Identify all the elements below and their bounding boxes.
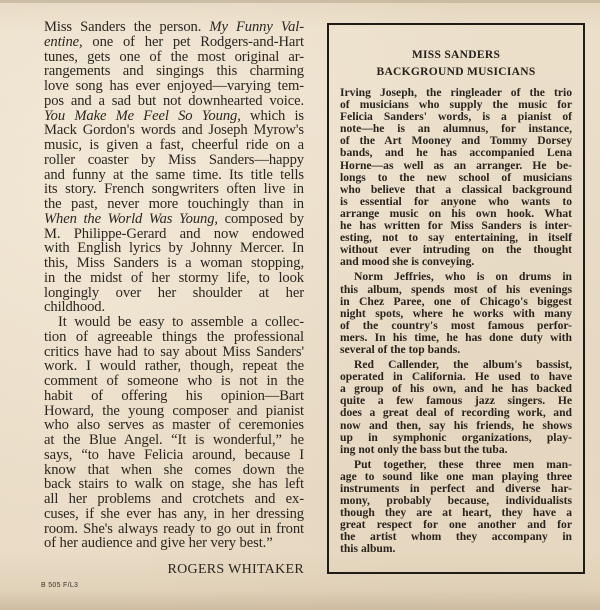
box-title-line1: MISS SANDERS [329, 49, 583, 61]
line-text: habit of offering his opinion—Bart [44, 388, 304, 404]
liner-notes-line: the past, never more touchingly than in [44, 197, 304, 212]
liner-notes-line: with English lyrics by Johnny Mercer. In [44, 241, 304, 256]
line-text: love song has ever enjoyed—varying tem- [44, 78, 304, 94]
sleeve-bottom-shade [0, 590, 600, 610]
liner-notes-line: its story. French songwriters often live… [44, 182, 304, 197]
line-text: all her problems and crotchets and ex- [44, 491, 304, 507]
musician-bio-line: this album. [340, 543, 572, 555]
musician-bio-line: longs to the new school of musicians [340, 172, 572, 184]
line-text: longingly over her shoulder at her [44, 285, 304, 301]
line-text: pos and a sad but not downhearted voice. [44, 93, 304, 109]
line-text: critics have had to say about Miss Sande… [44, 344, 304, 360]
liner-notes-line: of her audience and give her very best.” [44, 536, 304, 551]
line-text: tunes, gets one of the most original ar- [44, 49, 304, 65]
liner-notes-line: cuses, if she ever has any, in her dress… [44, 507, 304, 522]
liner-notes-line: this, Miss Sanders is a woman stopping, [44, 256, 304, 271]
liner-notes-line: in the midst of her stormy life, to look [44, 271, 304, 286]
musician-bio-line: Horne—as well as an arranger. He be- [340, 160, 572, 172]
line-text: cuses, if she ever has any, in her dress… [44, 506, 304, 522]
liner-notes-line: pos and a sad but not downhearted voice. [44, 94, 304, 109]
line-text: It would be easy to assemble a collec- [58, 314, 304, 330]
author-signature: ROGERS WHITAKER [162, 562, 304, 578]
liner-notes-line: tunes, gets one of the most original ar- [44, 50, 304, 65]
line-text: and funny at the same time. Its title te… [44, 167, 304, 183]
liner-notes-line: says, “to have Felicia around, because I [44, 448, 304, 463]
line-text: the past, never more touchingly than in [44, 196, 304, 212]
line-text: back stairs to walk on stage, she has le… [44, 476, 304, 492]
liner-notes-line: entine, one of her pet Rodgers-and-Hart [44, 35, 304, 50]
musician-bio-line: bands, and he has accompanied Lena [340, 147, 572, 159]
musician-bio-line: up in symphonic organizations, play- [340, 432, 572, 444]
background-musicians-box: MISS SANDERS BACKGROUND MUSICIANS Irving… [327, 23, 585, 574]
liner-notes-line: love song has ever enjoyed—varying tem- [44, 79, 304, 94]
line-text: with English lyrics by Johnny Mercer. In [44, 240, 304, 256]
line-text: this, Miss Sanders is a woman stopping, [44, 255, 304, 271]
liner-notes-line: critics have had to say about Miss Sande… [44, 345, 304, 360]
musician-bio-line: now and then, say his friends, he shows [340, 420, 572, 432]
liner-notes-line: roller coaster by Miss Sanders—happy [44, 153, 304, 168]
liner-notes-line: habit of offering his opinion—Bart [44, 389, 304, 404]
line-text: rangements and singings this charming [44, 63, 304, 79]
liner-notes-line: work. I would rather, though, repeat the [44, 359, 304, 374]
liner-notes-line: It would be easy to assemble a collec- [44, 315, 304, 330]
liner-notes-line: comment of someone who is not in the [44, 374, 304, 389]
song-title: My Funny Val- [209, 19, 304, 35]
song-title: You Make Me Feel So Young, [44, 108, 241, 124]
liner-notes-line: and funny at the same time. Its title te… [44, 168, 304, 183]
liner-notes-line: room. She's always ready to go out in fr… [44, 522, 304, 537]
line-text: one of her pet Rodgers-and-Hart [83, 34, 304, 50]
musician-bio-line: several of the top bands. [340, 344, 572, 356]
liner-notes-line: childhood. [44, 300, 304, 315]
line-text: comment of someone who is not in the [44, 373, 304, 389]
song-title: entine, [44, 34, 83, 50]
musician-bio-line: Norm Jeffries, who is on drums in [340, 271, 572, 283]
line-text: who also serves as master of ceremonies [44, 417, 304, 433]
liner-notes-line: who also serves as master of ceremonies [44, 418, 304, 433]
musician-bio-line: night spots, where he works with many [340, 308, 572, 320]
sleeve-top-edge [0, 0, 600, 3]
liner-notes-line: music, is given a fast, cheerful ride on… [44, 138, 304, 153]
liner-notes-column: Miss Sanders the person. My Funny Val-en… [44, 20, 304, 551]
line-text: Howard, the young composer and pianist [44, 403, 304, 419]
liner-notes-line: longingly over her shoulder at her [44, 286, 304, 301]
line-text: says, “to have Felicia around, because I [44, 447, 304, 463]
musician-bio-line: this album, spends most of his evenings [340, 284, 572, 296]
liner-notes-line: You Make Me Feel So Young, which is [44, 109, 304, 124]
line-text: know that when she comes down the [44, 462, 304, 478]
liner-notes-line: at the Blue Angel. “It is wonderful,” he [44, 433, 304, 448]
box-title-line2: BACKGROUND MUSICIANS [329, 66, 583, 78]
line-text: roller coaster by Miss Sanders—happy [44, 152, 304, 168]
liner-notes-line: tion of agreeable things the professiona… [44, 330, 304, 345]
line-text: Miss Sanders the person. [44, 19, 209, 35]
line-text: composed by [218, 211, 304, 227]
line-text: its story. French songwriters often live… [44, 181, 304, 197]
line-text: childhood. [44, 299, 105, 315]
liner-notes-line: rangements and singings this charming [44, 64, 304, 79]
musician-bio-line: and mood she is conveying. [340, 256, 572, 268]
line-text: M. Philippe-Gerard and now endowed [44, 226, 304, 242]
line-text: tion of agreeable things the professiona… [44, 329, 304, 345]
liner-notes-line: know that when she comes down the [44, 463, 304, 478]
line-text: work. I would rather, though, repeat the [44, 358, 304, 374]
musician-bio-line: ing not only the bass but the tuba. [340, 444, 572, 456]
line-text: Mack Gordon's words and Joseph Myrow's [44, 122, 304, 138]
box-body: Irving Joseph, the ringleader of the tri… [340, 87, 572, 556]
catalog-number: B 505 F/L3 [41, 582, 78, 589]
line-text: which is [241, 108, 304, 124]
liner-notes-line: Mack Gordon's words and Joseph Myrow's [44, 123, 304, 138]
liner-notes-line: When the World Was Young, composed by [44, 212, 304, 227]
record-sleeve-back: Miss Sanders the person. My Funny Val-en… [0, 0, 600, 610]
musician-bio-line: does a great deal of recording work, and [340, 407, 572, 419]
liner-notes-line: Howard, the young composer and pianist [44, 404, 304, 419]
liner-notes-line: all her problems and crotchets and ex- [44, 492, 304, 507]
line-text: at the Blue Angel. “It is wonderful,” he [44, 432, 304, 448]
liner-notes-line: Miss Sanders the person. My Funny Val- [44, 20, 304, 35]
song-title: When the World Was Young, [44, 211, 218, 227]
line-text: in the midst of her stormy life, to look [44, 270, 304, 286]
liner-notes-line: M. Philippe-Gerard and now endowed [44, 227, 304, 242]
line-text: of her audience and give her very best.” [44, 535, 273, 551]
line-text: music, is given a fast, cheerful ride on… [44, 137, 304, 153]
musician-bio-line: in Chez Paree, one of Chicago's biggest [340, 296, 572, 308]
line-text: room. She's always ready to go out in fr… [44, 521, 304, 537]
liner-notes-line: back stairs to walk on stage, she has le… [44, 477, 304, 492]
